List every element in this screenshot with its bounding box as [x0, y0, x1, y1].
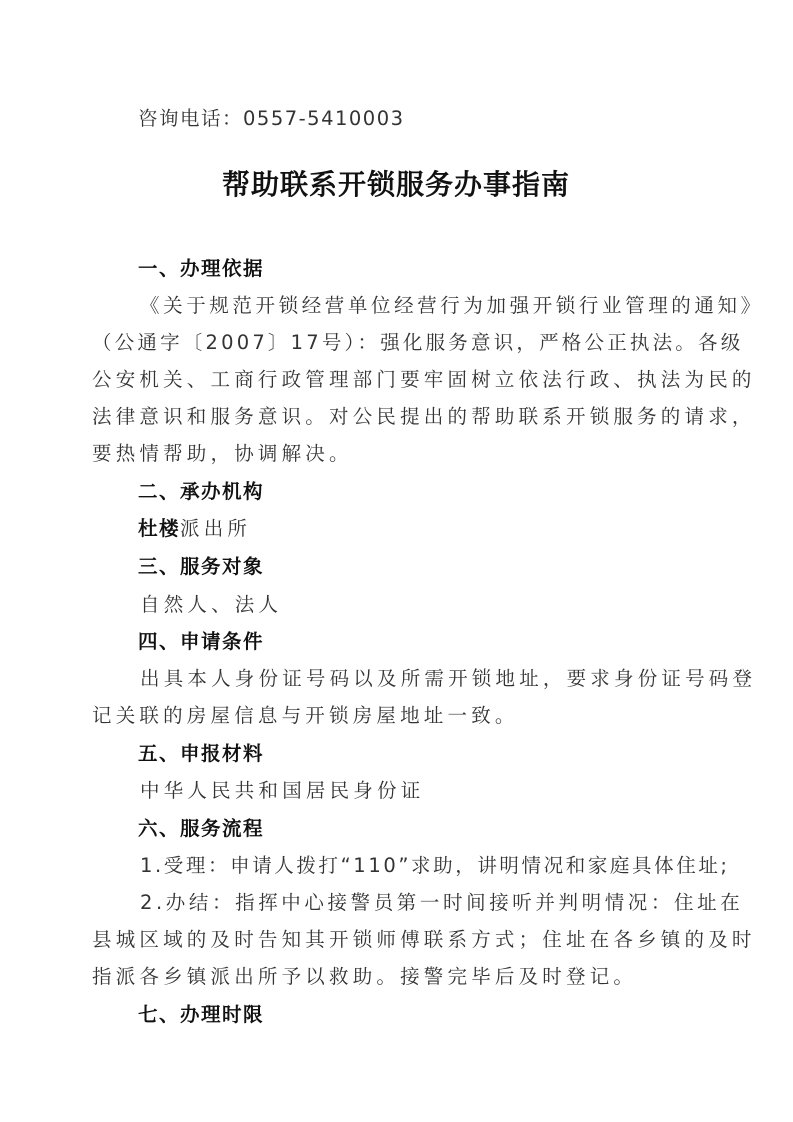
- paragraph-line: （公通字〔2007〕17号）：强化服务意识，严格公正执法。各级: [92, 330, 743, 356]
- section-heading-materials: 五、申报材料: [138, 741, 264, 767]
- service-target-text: 自然人、法人: [140, 592, 282, 618]
- section-heading-conditions: 四、申请条件: [138, 629, 264, 655]
- section-heading-organization: 二、承办机构: [138, 479, 264, 505]
- paragraph-line: 出具本人身份证号码以及所需开锁地址，要求身份证号码登: [140, 666, 756, 692]
- paragraph-line: 要热情帮助，协调解决。: [92, 441, 353, 467]
- section-heading-basis: 一、办理依据: [138, 256, 264, 282]
- contact-label: 咨询电话：: [138, 107, 243, 130]
- materials-text: 中华人民共和国居民身份证: [140, 778, 424, 804]
- process-step: 2.办结：指挥中心接警员第一时间接听并判明情况：住址在: [140, 890, 743, 916]
- paragraph-line: 县城区域的及时告知其开锁师傅联系方式；住址在各乡镇的及时: [92, 927, 756, 953]
- page-title: 帮助联系开锁服务办事指南: [222, 172, 570, 198]
- paragraph-line: 《关于规范开锁经营单位经营行为加强开锁行业管理的通知》: [140, 293, 764, 319]
- process-step: 1.受理：申请人拨打“110”求助，讲明情况和家庭具体住址;: [140, 853, 730, 879]
- section-heading-process: 六、服务流程: [138, 816, 264, 842]
- document-page: 咨询电话：0557-5410003 帮助联系开锁服务办事指南 一、办理依据 《关…: [0, 0, 793, 1122]
- organization-line: 杜楼派出所: [138, 516, 251, 542]
- paragraph-line: 记关联的房屋信息与开锁房屋地址一致。: [92, 703, 519, 729]
- section-heading-time-limit: 七、办理时限: [138, 1002, 264, 1028]
- contact-phone: 0557-5410003: [243, 107, 405, 130]
- organization-name-bold: 杜楼: [138, 517, 180, 540]
- paragraph-line: 法律意识和服务意识。对公民提出的帮助联系开锁服务的请求，: [92, 404, 756, 430]
- organization-suffix: 派出所: [180, 517, 251, 540]
- paragraph-line: 指派各乡镇派出所予以救助。接警完毕后及时登记。: [92, 964, 637, 990]
- section-heading-service-target: 三、服务对象: [138, 554, 264, 580]
- paragraph-line: 公安机关、工商行政管理部门要牢固树立依法行政、执法为民的: [92, 367, 756, 393]
- contact-line: 咨询电话：0557-5410003: [138, 106, 405, 132]
